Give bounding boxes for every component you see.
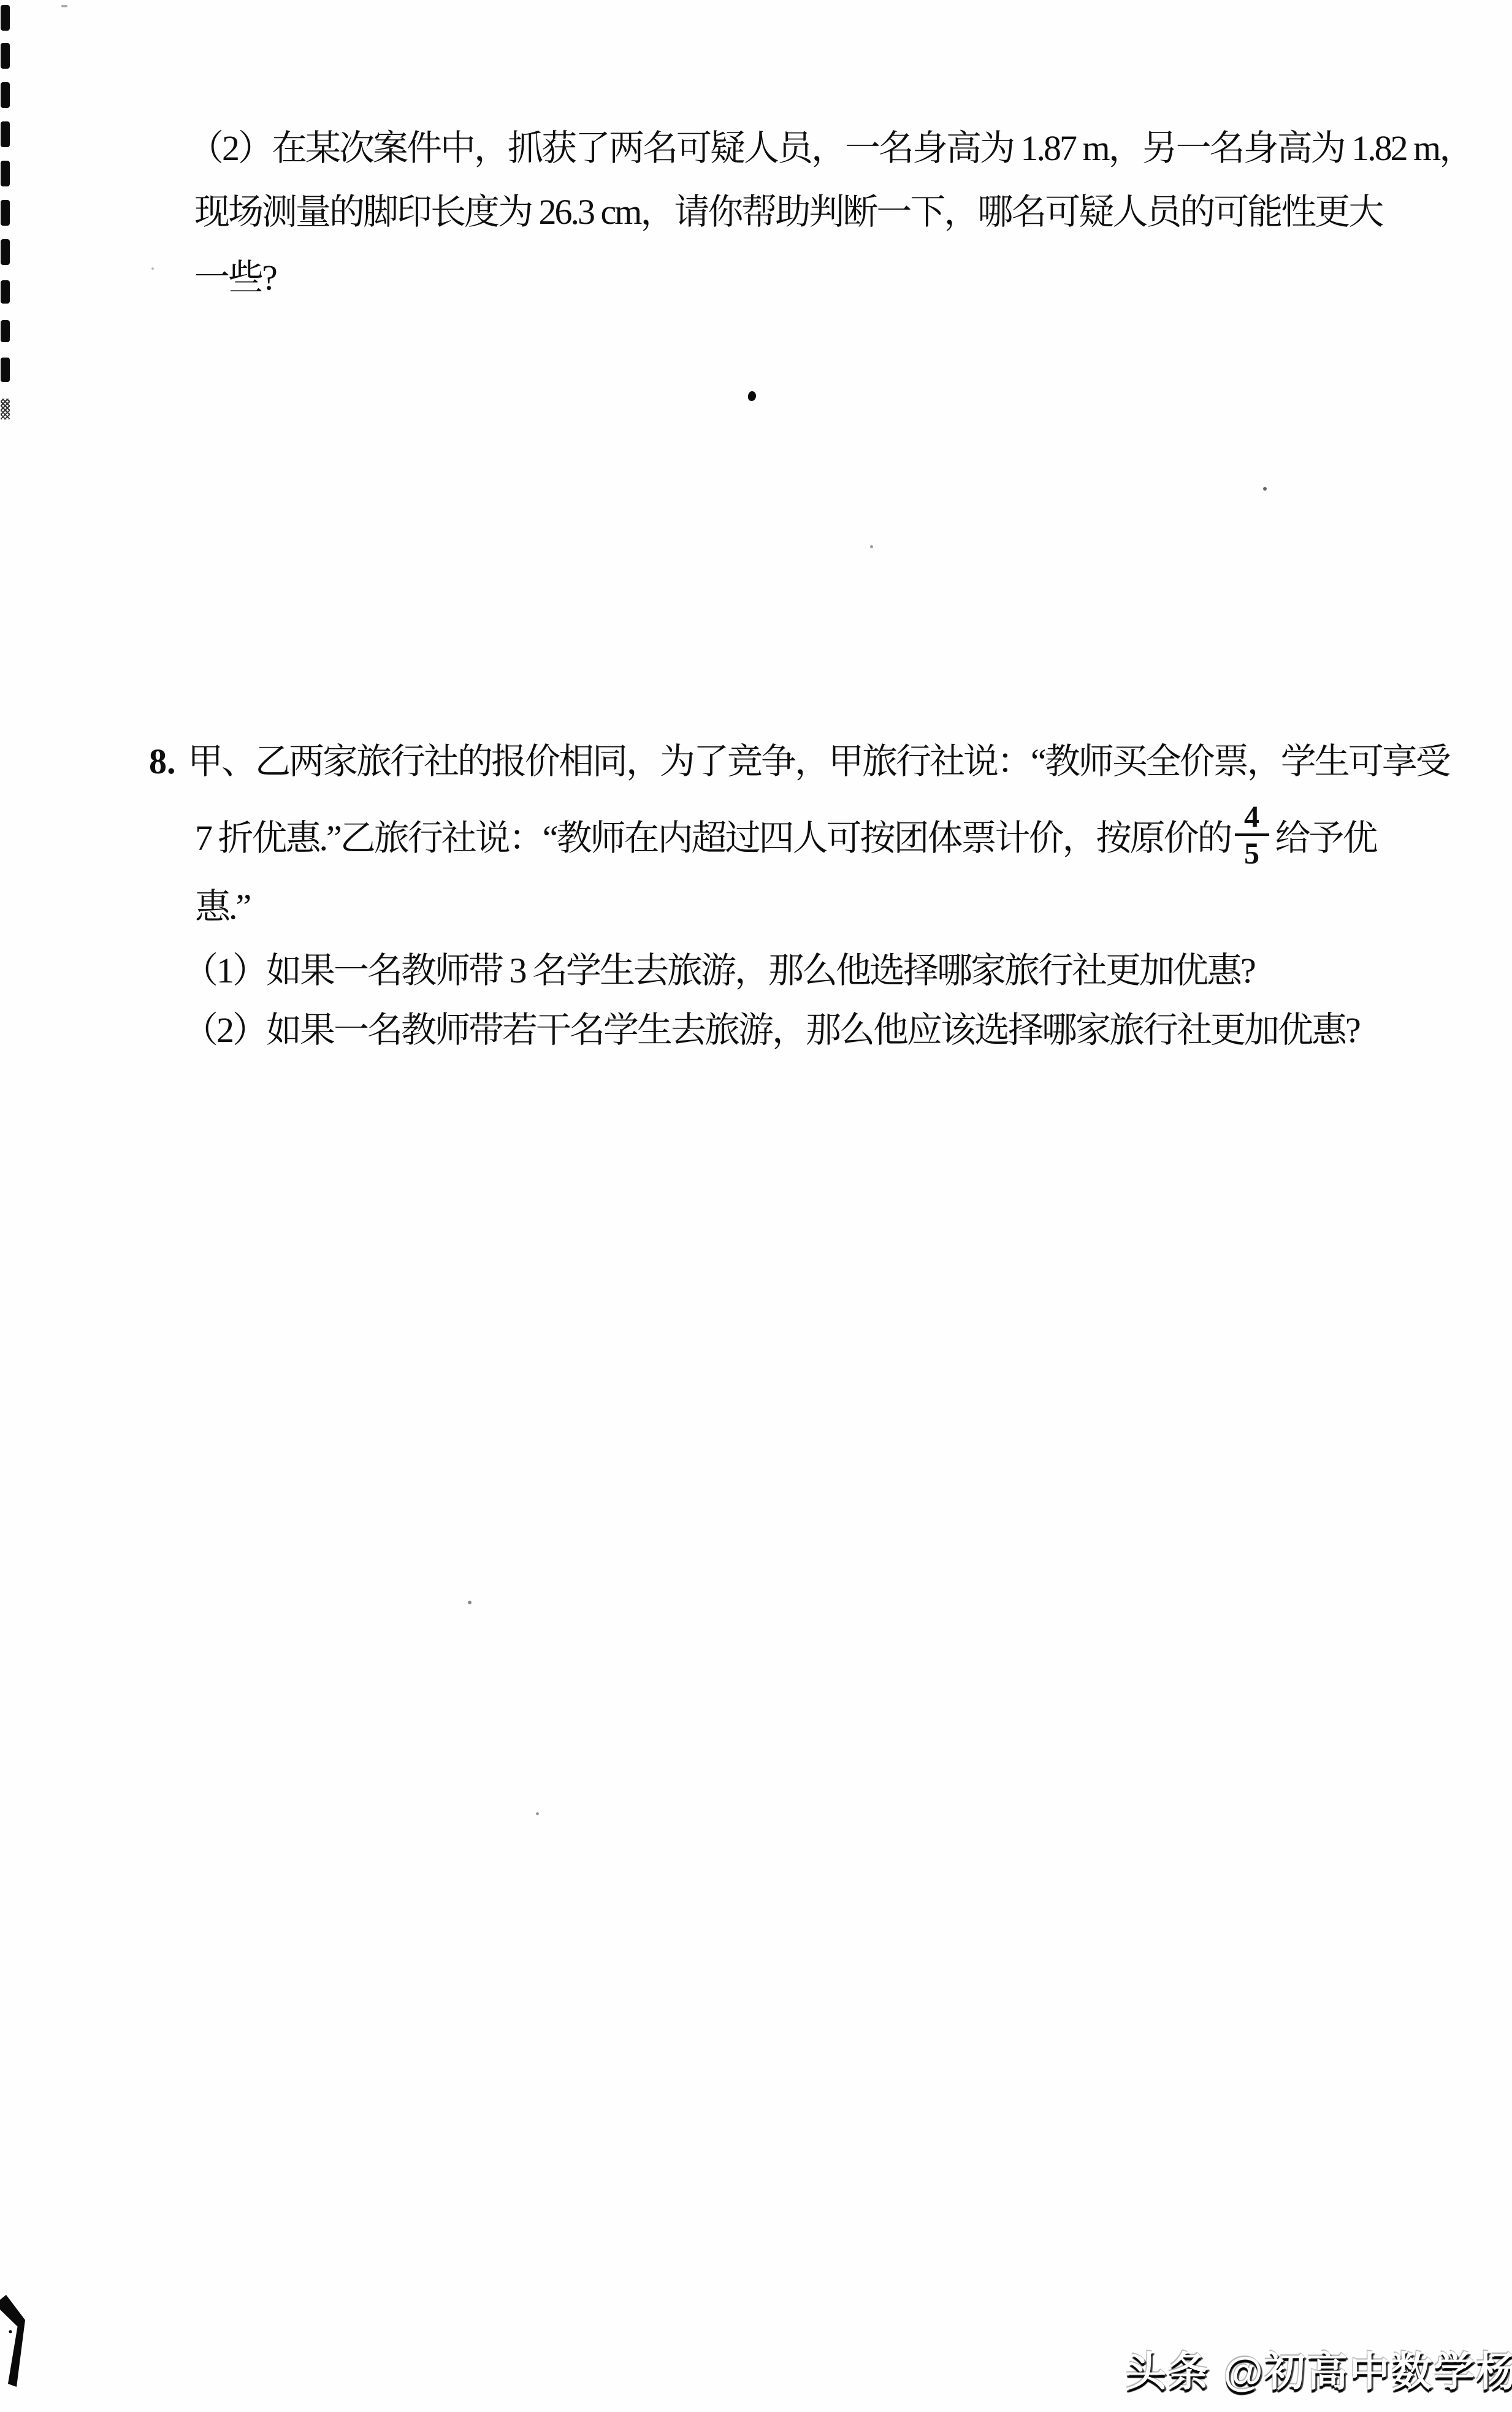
- binding-hole-mark: [1, 161, 10, 186]
- binding-hole-mark: [1, 5, 10, 31]
- fraction-denominator: 5: [1244, 838, 1259, 868]
- binding-hole-mark: [1, 82, 10, 108]
- scan-speck: [61, 5, 67, 7]
- problem2-line1: （2）在某次案件中，抓获了两名可疑人员，一名身高为 1.87 m，另一名身高为 …: [188, 129, 1473, 169]
- binding-hole-mark: [1, 239, 10, 265]
- binding-hole-mark: [1, 121, 10, 147]
- corner-pen-mark: [0, 2294, 37, 2392]
- question8-line2-after: 给予优: [1275, 809, 1376, 860]
- question8-number: 8.: [149, 742, 176, 782]
- binding-hole-mark: [1, 280, 10, 304]
- binding-hole-mark: [1, 43, 10, 69]
- question8-sub2: （2）如果一名教师带若干名学生去旅游，那么他应该选择哪家旅行社更加优惠?: [183, 1011, 1359, 1051]
- scan-speck: [1263, 487, 1267, 491]
- problem2-line3: 一些?: [194, 258, 276, 298]
- question8-line3: 惠.”: [195, 887, 250, 927]
- binding-hole-mark: [1, 200, 10, 226]
- binding-hole-mark: [1, 358, 10, 382]
- scanned-page: （2）在某次案件中，抓获了两名可疑人员，一名身高为 1.87 m，另一名身高为 …: [0, 0, 1512, 2412]
- scan-speck: [870, 545, 873, 548]
- scan-speck: [536, 1812, 539, 1815]
- watermark-text: 头条 @初高中数学杨: [1126, 2339, 1512, 2397]
- question8-line2-before: 7 折优惠.”乙旅行社说：“教师在内超过四人可按团体票计价，按原价的: [195, 809, 1231, 860]
- question8-line1: 甲、乙两家旅行社的报价相同，为了竞争，甲旅行社说：“教师买全价票，学生可享受: [188, 742, 1449, 782]
- binding-hole-mark: [1, 320, 10, 342]
- fraction-numerator: 4: [1244, 801, 1259, 832]
- binding-hole-mark-faded: [1, 399, 10, 419]
- question8-sub1: （1）如果一名教师带 3 名学生去旅游，那么他选择哪家旅行社更加优惠?: [183, 951, 1254, 991]
- question8-line2: 7 折优惠.”乙旅行社说：“教师在内超过四人可按团体票计价，按原价的 4 5 给…: [195, 798, 1376, 871]
- scan-speck: [747, 391, 757, 402]
- scan-speck: [468, 1601, 472, 1604]
- scan-speck: [151, 267, 154, 270]
- fraction-four-fifths: 4 5: [1235, 801, 1269, 868]
- problem2-line2: 现场测量的脚印长度为 26.3 cm，请你帮助判断一下，哪名可疑人员的可能性更大: [194, 193, 1382, 232]
